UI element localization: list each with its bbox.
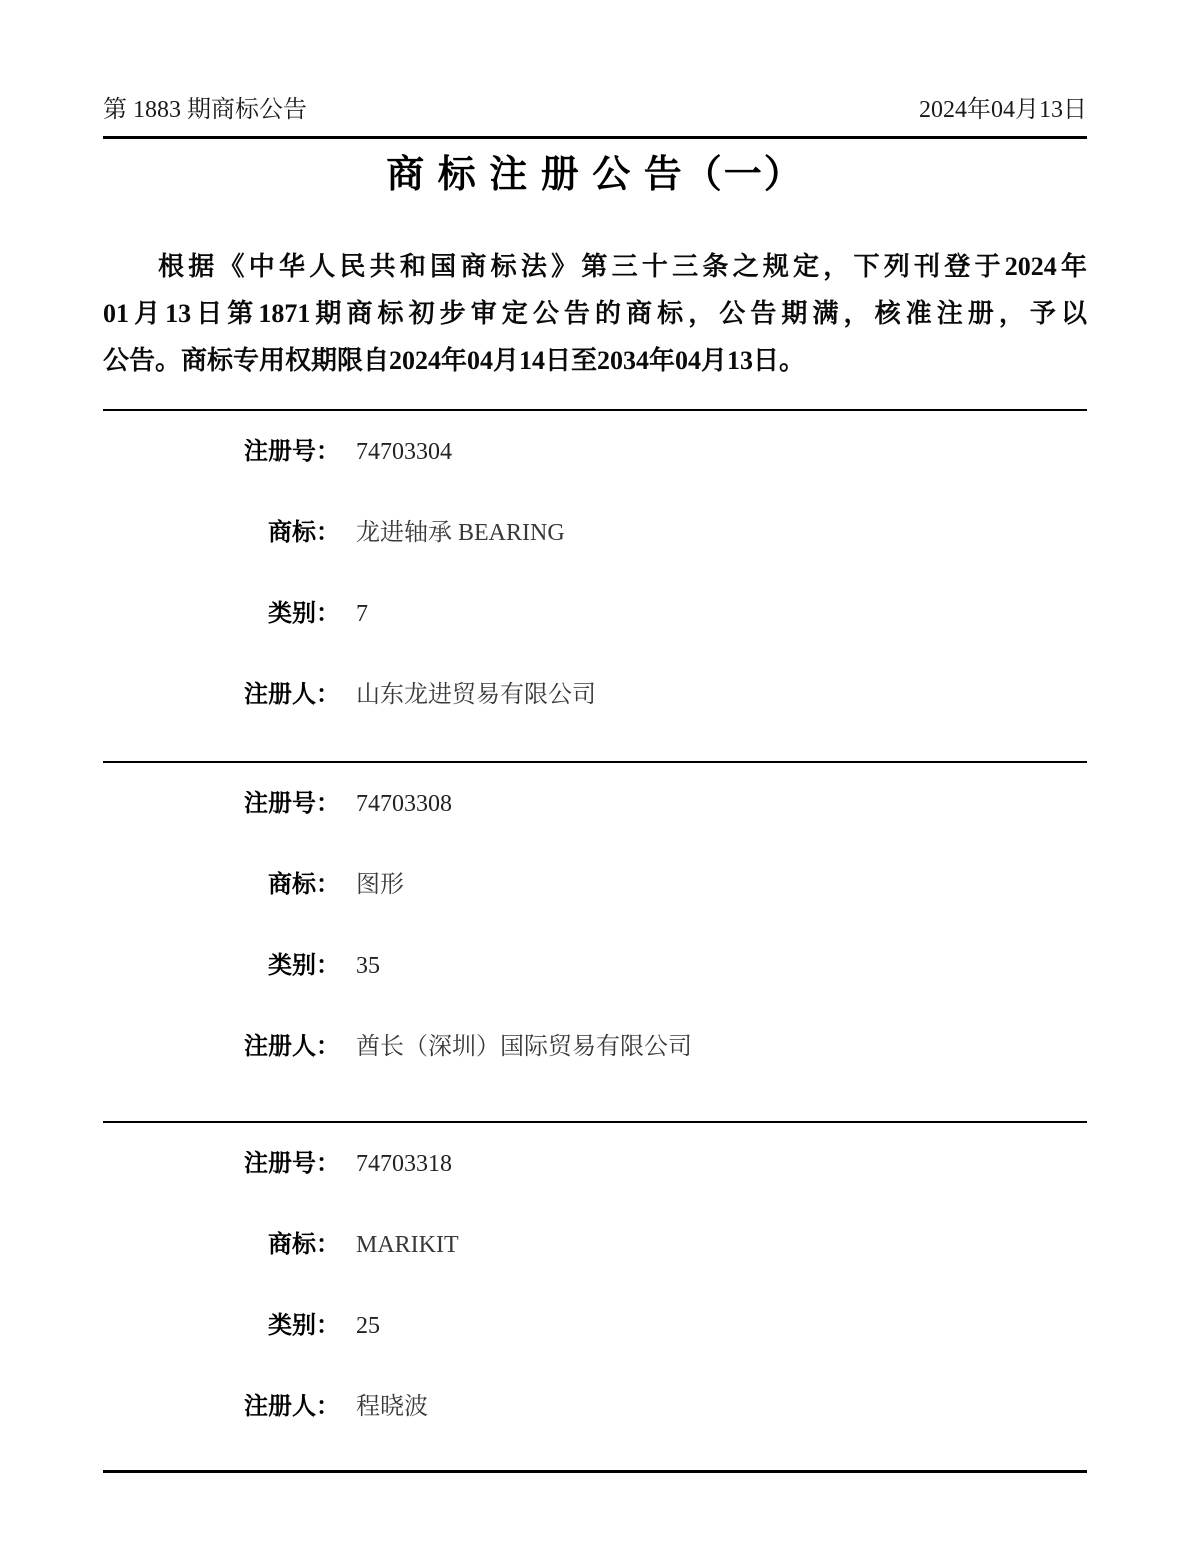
field-label-category: 类别： [103,1311,340,1341]
page-title: 商 标 注 册 公 告（一） [103,149,1087,201]
field-value-reg-no: 74703304 [356,437,452,467]
record-row: 类别： 7 [103,599,1087,680]
record-section: 注册号： 74703304 商标： 龙进轴承 BEARING 类别： 7 注册人… [103,409,1087,761]
field-value-trademark: MARIKIT [356,1230,459,1260]
record-row: 注册号： 74703304 [103,437,1087,518]
record-list: 注册号： 74703304 商标： 龙进轴承 BEARING 类别： 7 注册人… [103,409,1087,1473]
bottom-rule [103,1470,1087,1473]
record-row: 注册人： 程晓波 [103,1392,1087,1473]
intro-line: 公告。商标专用权期限自2024年04月14日至2034年04月13日。 [103,337,1087,384]
field-value-category: 7 [356,599,368,629]
page-content: 第 1883 期商标公告 2024年04月13日 商 标 注 册 公 告（一） … [0,0,1190,1473]
field-label-reg-no: 注册号： [103,789,340,819]
field-value-registrant: 酋长（深圳）国际贸易有限公司 [356,1032,692,1062]
field-label-category: 类别： [103,599,340,629]
intro-line: 根据《中华人民共和国商标法》第三十三条之规定，下列刊登于2024年 [103,243,1087,290]
field-label-reg-no: 注册号： [103,1149,340,1179]
record-row: 注册人： 山东龙进贸易有限公司 [103,680,1087,761]
gazette-date: 2024年04月13日 [919,94,1087,126]
record-row: 商标： 图形 [103,870,1087,951]
record-section: 注册号： 74703308 商标： 图形 类别： 35 注册人： 酋长（深圳）国… [103,761,1087,1121]
record-row: 注册号： 74703318 [103,1149,1087,1230]
intro-line: 01月13日第1871期商标初步审定公告的商标，公告期满，核准注册，予以 [103,290,1087,337]
record-row: 注册人： 酋长（深圳）国际贸易有限公司 [103,1032,1087,1113]
field-value-registrant: 山东龙进贸易有限公司 [356,680,596,710]
field-value-reg-no: 74703308 [356,789,452,819]
running-head: 第 1883 期商标公告 2024年04月13日 [103,0,1087,126]
field-value-category: 35 [356,951,380,981]
field-label-registrant: 注册人： [103,680,340,710]
field-value-category: 25 [356,1311,380,1341]
record-row: 注册号： 74703308 [103,789,1087,870]
field-value-trademark: 图形 [356,870,404,900]
field-value-trademark: 龙进轴承 BEARING [356,518,565,548]
record-section: 注册号： 74703318 商标： MARIKIT 类别： 25 注册人： 程晓… [103,1121,1087,1462]
record-row: 商标： MARIKIT [103,1230,1087,1311]
field-label-trademark: 商标： [103,518,340,548]
field-label-trademark: 商标： [103,870,340,900]
field-label-registrant: 注册人： [103,1392,340,1422]
field-label-trademark: 商标： [103,1230,340,1260]
field-value-reg-no: 74703318 [356,1149,452,1179]
gazette-issue: 第 1883 期商标公告 [103,94,307,126]
record-row: 商标： 龙进轴承 BEARING [103,518,1087,599]
field-label-registrant: 注册人： [103,1032,340,1062]
gazette-page: 第 1883 期商标公告 2024年04月13日 商 标 注 册 公 告（一） … [0,0,1190,1564]
field-label-category: 类别： [103,951,340,981]
record-row: 类别： 25 [103,1311,1087,1392]
field-label-reg-no: 注册号： [103,437,340,467]
record-row: 类别： 35 [103,951,1087,1032]
header-rule [103,136,1087,139]
field-value-registrant: 程晓波 [356,1392,428,1422]
intro-paragraph: 根据《中华人民共和国商标法》第三十三条之规定，下列刊登于2024年 01月13日… [103,243,1087,384]
